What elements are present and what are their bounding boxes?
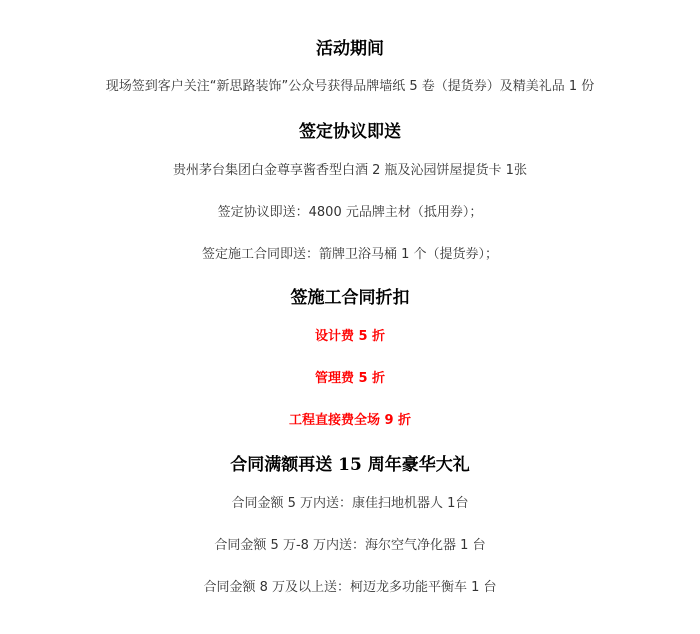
discount-management-fee: 管理费 5 折 [0,367,700,386]
agreement-item-3: 签定施工合同即送：箭牌卫浴马桶 1 个（提货券）； [0,243,700,262]
gift-tier-2: 合同金额 5 万-8 万内送：海尔空气净化器 1 台 [0,534,700,553]
gift-tier-1: 合同金额 5 万内送：康佳扫地机器人 1台 [0,492,700,511]
agreement-item-1: 贵州茅台集团白金尊享酱香型白酒 2 瓶及沁园饼屋提货卡 1张 [0,159,700,178]
gift-tier-3: 合同金额 8 万及以上送：柯迈龙多功能平衡车 1 台 [0,576,700,595]
section-title-contract-discount: 签施工合同折扣 [0,283,700,308]
activity-item-1: 现场签到客户关注“新思路装饰”公众号获得品牌墙纸 5 卷（提货券）及精美礼品 1… [0,75,700,94]
section-title-activity-period: 活动期间 [0,34,700,59]
agreement-item-2: 签定协议即送：4800 元品牌主材（抵用券）； [0,201,700,220]
discount-direct-cost: 工程直接费全场 9 折 [0,409,700,428]
section-title-anniversary-gifts: 合同满额再送 15 周年豪华大礼 [0,450,700,475]
section-title-sign-agreement: 签定协议即送 [0,117,700,142]
discount-design-fee: 设计费 5 折 [0,325,700,344]
